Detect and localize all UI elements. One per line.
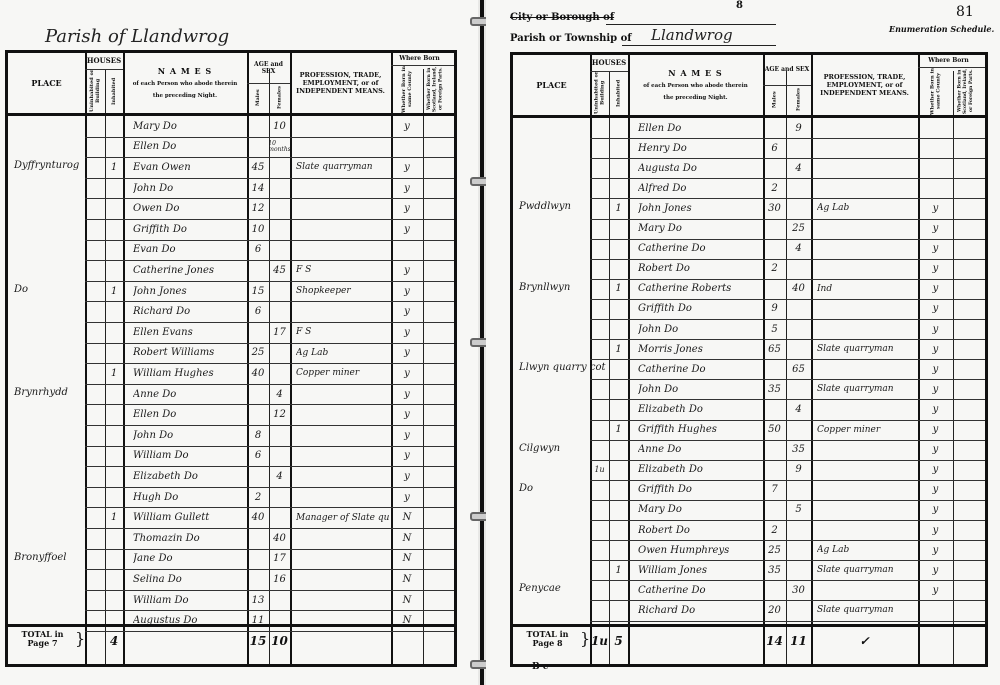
cell-male-age: 14 <box>247 178 269 199</box>
cell-name: Catherine Jones <box>133 260 245 281</box>
place-name: Do <box>519 483 533 494</box>
total-males: 14 <box>763 624 786 658</box>
place-name: Llwyn quarry cot <box>519 362 588 373</box>
names-subtitle: the preceding Night. <box>663 95 727 102</box>
header-age-sex: AGE and SEX <box>763 55 811 85</box>
cell-female-age: 12 <box>269 404 290 425</box>
cell-name: John Do <box>133 425 245 446</box>
place-name: Cilgwyn <box>519 443 560 454</box>
cell-male-age: 7 <box>763 480 786 500</box>
header-inhabited: Inhabited <box>609 71 628 115</box>
total-label-line2: Page 8 <box>513 639 582 648</box>
cell-male-age: 12 <box>247 198 269 219</box>
cell-male-age: 20 <box>763 600 786 620</box>
cell-born-county: y <box>918 480 953 500</box>
cell-born-county: y <box>391 384 423 405</box>
cell-name: Ellen Do <box>133 404 245 425</box>
cell-name: Elizabeth Do <box>638 399 761 419</box>
cell-name: William Hughes <box>133 363 245 384</box>
column-divider <box>953 71 954 664</box>
cell-male-age: 5 <box>763 319 786 339</box>
cell-female-age: 9 <box>786 118 811 138</box>
cell-born-county: y <box>391 487 423 508</box>
cell-name: Griffith Hughes <box>638 420 761 440</box>
cell-name: Griffith Do <box>133 219 245 240</box>
cell-name: Elizabeth Do <box>638 460 761 480</box>
cell-profession: Slate quarryman <box>817 339 916 359</box>
header-profession: PROFESSION, TRADE, EMPLOYMENT, or of IND… <box>290 53 391 113</box>
place-name: Penycae <box>519 583 561 594</box>
cell-born-county: y <box>918 560 953 580</box>
cell-female-age: 45 <box>269 260 290 281</box>
cell-female-age: 35 <box>786 440 811 460</box>
header-born-county: Whether Born in same County <box>918 67 953 115</box>
cell-born-county: N <box>391 610 423 631</box>
header-born-county: Whether Born in same County <box>391 65 423 113</box>
names-subtitle: the preceding Night. <box>153 93 217 100</box>
census-table-right: PLACEHOUSESUninhabited or BuildingInhabi… <box>510 52 988 667</box>
cell-uninhabited: 1u <box>590 460 609 480</box>
total-females: 10 <box>269 624 290 658</box>
total-females: 11 <box>786 624 811 658</box>
cell-born-county: y <box>391 466 423 487</box>
place-name: Brynllwyn <box>519 282 570 293</box>
cell-female-age: 25 <box>786 219 811 239</box>
cell-male-age: 40 <box>247 507 269 528</box>
cell-female-age: 16 <box>269 569 290 590</box>
cell-male-age: 6 <box>247 446 269 467</box>
header-place: PLACE <box>513 55 590 115</box>
cell-male-age: 6 <box>247 301 269 322</box>
cell-inhabited: 1 <box>609 420 628 440</box>
cell-born-county: y <box>918 520 953 540</box>
city-value-line <box>606 24 776 25</box>
cell-name: Catherine Do <box>638 580 761 600</box>
cell-female-age: 4 <box>786 158 811 178</box>
cell-name: John Jones <box>638 198 761 218</box>
cell-profession: Slate quarryman <box>296 157 389 178</box>
city-label: City or Borough of <box>510 12 614 23</box>
cell-female-age: 40 <box>269 528 290 549</box>
cell-inhabited: 1 <box>609 198 628 218</box>
column-divider <box>290 53 292 664</box>
column-divider <box>423 69 424 664</box>
cell-male-age: 2 <box>763 520 786 540</box>
cell-name: William Gullett <box>133 507 245 528</box>
cell-name: William Do <box>133 446 245 467</box>
cell-profession: Ag Lab <box>296 343 389 364</box>
cell-male-age: 40 <box>247 363 269 384</box>
cell-born-county: y <box>918 239 953 259</box>
total-inhabited: 5 <box>609 624 628 658</box>
cell-born-county: y <box>391 157 423 178</box>
column-divider <box>85 53 87 664</box>
header-houses: HOUSES <box>85 53 123 69</box>
cell-name: Catherine Do <box>638 359 761 379</box>
cell-name: Owen Do <box>133 198 245 219</box>
cell-male-age: 35 <box>763 560 786 580</box>
cell-name: Morris Jones <box>638 339 761 359</box>
cell-name: Richard Do <box>133 301 245 322</box>
total-profession-mark: ✓ <box>811 624 918 658</box>
total-uninhabited: 1u <box>590 624 609 658</box>
cell-male-age: 45 <box>247 157 269 178</box>
book-binding <box>478 0 486 685</box>
cell-born-county: y <box>918 279 953 299</box>
cell-female-age: 17 <box>269 549 290 570</box>
cell-name: Augusta Do <box>638 158 761 178</box>
cell-name: John Do <box>638 379 761 399</box>
cell-name: John Jones <box>133 281 245 302</box>
cell-inhabited: 1 <box>609 279 628 299</box>
cell-name: Mary Do <box>638 219 761 239</box>
cell-female-age: 4 <box>269 384 290 405</box>
cell-profession: F S <box>296 322 389 343</box>
header-names: N A M E Sof each Person who abode therei… <box>628 55 763 115</box>
cell-male-age: 2 <box>247 487 269 508</box>
cell-name: Augustus Do <box>133 610 245 631</box>
cell-born-county: y <box>918 339 953 359</box>
cell-inhabited: 1 <box>105 157 123 178</box>
cell-profession: F S <box>296 260 389 281</box>
cell-born-county: y <box>391 446 423 467</box>
cell-name: William Do <box>133 590 245 611</box>
cell-name: Selina Do <box>133 569 245 590</box>
cell-male-age: 30 <box>763 198 786 218</box>
total-inhabited: 4 <box>105 624 123 658</box>
cell-born-county: y <box>918 359 953 379</box>
cell-inhabited: 1 <box>609 339 628 359</box>
cell-born-county: y <box>391 425 423 446</box>
header-uninhabited: Uninhabited or Building <box>85 69 105 113</box>
cell-male-age: 10 <box>247 219 269 240</box>
cell-male-age: 6 <box>763 138 786 158</box>
cell-born-county: N <box>391 549 423 570</box>
cell-name: Henry Do <box>638 138 761 158</box>
cell-profession: Shopkeeper <box>296 281 389 302</box>
cell-name: Catherine Roberts <box>638 279 761 299</box>
cell-name: Ellen Do <box>133 137 245 158</box>
cell-born-county: y <box>391 343 423 364</box>
footer-mark: B c <box>532 662 548 672</box>
header-place: PLACE <box>8 53 85 113</box>
cell-born-county: y <box>918 219 953 239</box>
header-inhabited: Inhabited <box>105 69 123 113</box>
cell-born-county: y <box>918 379 953 399</box>
cell-name: Ellen Evans <box>133 322 245 343</box>
header-females: Females <box>786 85 811 115</box>
names-subtitle: of each Person who abode therein <box>643 83 748 90</box>
cell-name: John Do <box>133 178 245 199</box>
cell-born-county: N <box>391 590 423 611</box>
cell-female-age: 30 <box>786 580 811 600</box>
cell-profession: Ag Lab <box>817 540 916 560</box>
cell-male-age: 65 <box>763 339 786 359</box>
cell-name: Alfred Do <box>638 178 761 198</box>
cell-born-county: y <box>918 580 953 600</box>
cell-born-county: y <box>391 116 423 137</box>
header-age-sex: AGE and SEX <box>247 53 290 83</box>
parish-value-line <box>622 45 776 46</box>
place-name: Bronyffoel <box>14 552 66 563</box>
folio-number: 81 <box>956 4 974 20</box>
header-uninhabited: Uninhabited or Building <box>590 71 609 115</box>
cell-inhabited: 1 <box>609 560 628 580</box>
cell-name: Anne Do <box>638 440 761 460</box>
place-name: Pwddlwyn <box>519 201 571 212</box>
cell-born-county: y <box>918 299 953 319</box>
row-line <box>590 621 985 622</box>
cell-profession: Copper miner <box>817 420 916 440</box>
cell-name: Evan Owen <box>133 157 245 178</box>
cell-born-county: y <box>391 178 423 199</box>
cell-female-age: 4 <box>786 239 811 259</box>
cell-male-age: 25 <box>763 540 786 560</box>
cell-born-county: y <box>918 460 953 480</box>
cell-born-county: y <box>918 399 953 419</box>
names-title: N A M E S <box>668 68 722 78</box>
cell-name: Griffith Do <box>638 480 761 500</box>
total-label: TOTAL inPage 8 <box>513 630 582 648</box>
cell-male-age: 6 <box>247 240 269 261</box>
left-page: Parish of Llandwrog PLACEHOUSESUninhabit… <box>0 0 478 685</box>
cell-inhabited: 1 <box>105 281 123 302</box>
cell-profession: Ag Lab <box>817 198 916 218</box>
header-names: N A M E Sof each Person who abode therei… <box>123 53 247 113</box>
column-divider <box>123 53 125 664</box>
cell-born-county: y <box>918 319 953 339</box>
header-females: Females <box>269 83 290 113</box>
cell-born-county: y <box>391 301 423 322</box>
cell-female-age: 10 months <box>269 137 290 158</box>
cell-name: William Jones <box>638 560 761 580</box>
schedule-label: Enumeration Schedule. <box>889 24 994 34</box>
cell-female-age: 10 <box>269 116 290 137</box>
cell-born-county: y <box>391 281 423 302</box>
cell-name: Griffith Do <box>638 299 761 319</box>
cell-name: Catherine Do <box>638 239 761 259</box>
parish-heading: Parish of Llandwrog <box>45 26 229 47</box>
cell-born-county: y <box>918 198 953 218</box>
cell-name: Robert Do <box>638 259 761 279</box>
cell-name: Robert Do <box>638 520 761 540</box>
cell-inhabited: 1 <box>105 363 123 384</box>
cell-profession: Copper miner <box>296 363 389 384</box>
cell-born-county: y <box>918 259 953 279</box>
cell-female-age: 17 <box>269 322 290 343</box>
cell-born-county: y <box>918 440 953 460</box>
cell-male-age: 8 <box>247 425 269 446</box>
cell-inhabited: 1 <box>105 507 123 528</box>
cell-born-county: N <box>391 528 423 549</box>
cell-name: Hugh Do <box>133 487 245 508</box>
cell-male-age: 2 <box>763 259 786 279</box>
total-divider <box>8 624 454 627</box>
header-born-foreign: Whether Born in Scotland, Ireland, or Fo… <box>953 67 979 115</box>
cell-male-age: 2 <box>763 178 786 198</box>
header-where-born: Where Born <box>391 53 448 65</box>
cell-male-age: 25 <box>247 343 269 364</box>
cell-female-age: 40 <box>786 279 811 299</box>
cell-name: John Do <box>638 319 761 339</box>
cell-born-county: y <box>918 420 953 440</box>
parish-value: Llandwrog <box>651 26 733 44</box>
names-title: N A M E S <box>158 66 212 76</box>
cell-female-age: 4 <box>786 399 811 419</box>
header-houses: HOUSES <box>590 55 628 71</box>
header-males: Males <box>763 85 786 115</box>
total-brace: } <box>580 630 590 648</box>
cell-female-age: 9 <box>786 460 811 480</box>
cell-born-county: y <box>391 322 423 343</box>
cell-born-county: y <box>391 404 423 425</box>
cell-female-age: 4 <box>269 466 290 487</box>
cell-born-county: y <box>918 500 953 520</box>
names-subtitle: of each Person who abode therein <box>133 81 238 88</box>
cell-name: Ellen Do <box>638 118 761 138</box>
place-name: Dyffrynturog <box>14 160 79 171</box>
cell-born-county: y <box>391 198 423 219</box>
cell-profession: Slate quarryman <box>817 379 916 399</box>
cell-name: Elizabeth Do <box>133 466 245 487</box>
total-label: TOTAL inPage 7 <box>8 630 77 648</box>
cell-name: Evan Do <box>133 240 245 261</box>
cell-profession: Ind <box>817 279 916 299</box>
header-born-foreign: Whether Born in Scotland, Ireland, or Fo… <box>423 65 448 113</box>
parish-label: Parish or Township of <box>510 33 632 44</box>
census-table-left: PLACEHOUSESUninhabited or BuildingInhabi… <box>5 50 457 667</box>
cell-female-age: 5 <box>786 500 811 520</box>
right-page: 8 81 Enumeration Schedule. City or Borou… <box>486 0 1000 685</box>
cell-born-county: y <box>391 260 423 281</box>
header-profession: PROFESSION, TRADE, EMPLOYMENT, or of IND… <box>811 55 918 115</box>
cell-profession: Manager of Slate quarry <box>296 507 389 528</box>
cell-name: Robert Williams <box>133 343 245 364</box>
header-where-born: Where Born <box>918 55 979 67</box>
cell-born-county: y <box>918 540 953 560</box>
cell-male-age: 13 <box>247 590 269 611</box>
place-name: Brynrhydd <box>14 387 68 398</box>
cell-profession: Slate quarryman <box>817 560 916 580</box>
cell-name: Jane Do <box>133 549 245 570</box>
cell-born-county: y <box>391 219 423 240</box>
cell-born-county: N <box>391 569 423 590</box>
cell-male-age: 9 <box>763 299 786 319</box>
sheet-number: 8 <box>736 0 743 11</box>
cell-born-county: y <box>391 363 423 384</box>
cell-name: Thomazin Do <box>133 528 245 549</box>
cell-name: Mary Do <box>133 116 245 137</box>
cell-male-age: 50 <box>763 420 786 440</box>
total-brace: } <box>75 630 85 648</box>
place-name: Do <box>14 284 28 295</box>
header-males: Males <box>247 83 269 113</box>
cell-name: Anne Do <box>133 384 245 405</box>
total-males: 15 <box>247 624 269 658</box>
cell-name: Owen Humphreys <box>638 540 761 560</box>
cell-male-age: 15 <box>247 281 269 302</box>
total-label-line2: Page 7 <box>8 639 77 648</box>
cell-profession: Slate quarryman <box>817 600 916 620</box>
cell-male-age: 35 <box>763 379 786 399</box>
cell-name: Mary Do <box>638 500 761 520</box>
cell-name: Richard Do <box>638 600 761 620</box>
cell-born-county: N <box>391 507 423 528</box>
cell-female-age: 65 <box>786 359 811 379</box>
